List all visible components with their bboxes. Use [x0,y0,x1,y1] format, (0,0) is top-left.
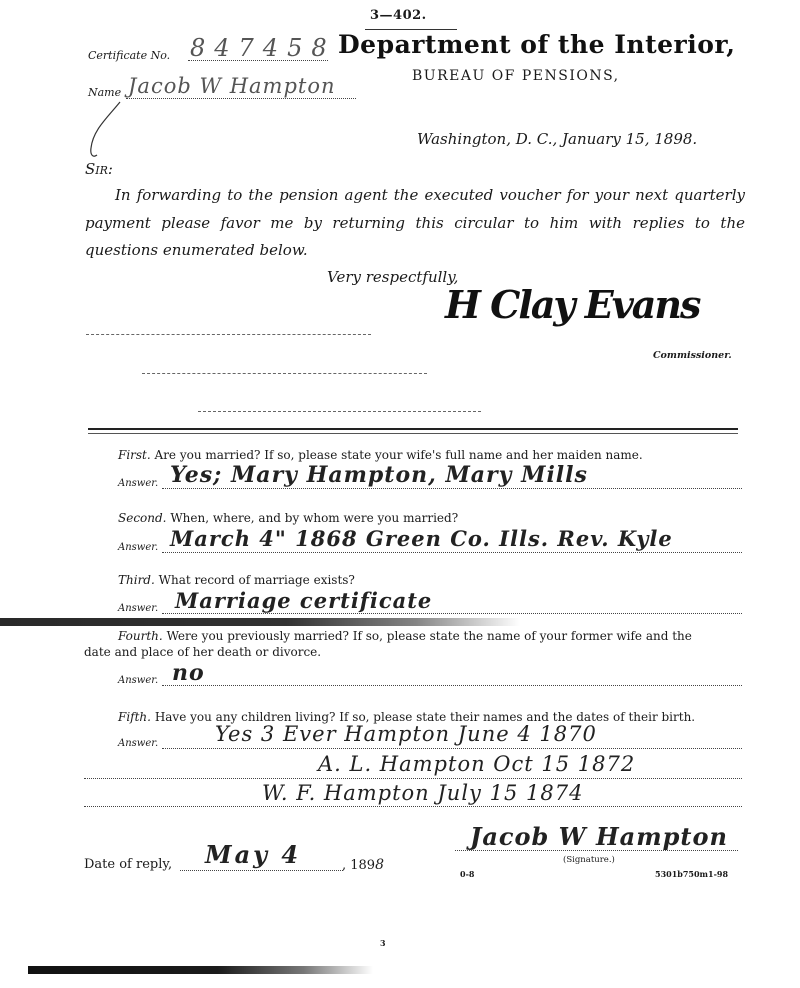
question-fourth-continued: date and place of her death or divorce. [84,645,321,659]
applicant-signature[interactable]: Jacob W Hampton [470,822,728,851]
bureau-title: BUREAU OF PENSIONS, [412,68,620,84]
certificate-label: Certificate No. [88,49,170,62]
question-third: Third. What record of marriage exists? [118,573,355,587]
question-first: First. Are you married? If so, please st… [118,448,643,462]
certificate-number[interactable]: 847458 [190,34,336,62]
letter-closing: Very respectfully, [327,268,458,286]
question-ordinal: Third. [118,573,155,587]
footer-code-left: 0-8 [460,869,474,879]
question-ordinal: Fifth. [118,710,151,724]
footer-code-right: 5301b750m1-98 [655,869,728,879]
address-line-1[interactable] [86,334,371,335]
name-value[interactable]: Jacob W Hampton [128,74,336,98]
scan-artifact [0,618,520,626]
answer-line [84,806,742,807]
date-of-reply-year: , 1898 [342,857,385,873]
question-ordinal: Second. [118,511,167,525]
name-field-line [126,98,356,99]
answer-line [162,552,742,553]
answer-third[interactable]: Marriage certificate [175,588,432,613]
answer-label: Answer. [118,675,158,686]
answer-fifth-line-3[interactable]: W. F. Hampton July 15 1874 [262,781,583,805]
answer-label: Answer. [118,478,158,489]
year-prefix: , 189 [342,858,375,873]
address-line-3[interactable] [198,411,481,412]
form-number: 3—402. [370,8,427,23]
page-marker: 3 [380,938,386,948]
answer-label: Answer. [118,603,158,614]
date-of-reply-line [180,870,343,871]
answer-fifth-line-1[interactable]: Yes 3 Ever Hampton June 4 1870 [215,722,597,746]
answer-fifth-line-2[interactable]: A. L. Hampton Oct 15 1872 [318,752,635,776]
answer-line [162,488,742,489]
letter-body-text: In forwarding to the pension agent the e… [85,186,745,259]
signature-label: (Signature.) [563,855,615,865]
year-suffix[interactable]: 8 [375,857,385,873]
answer-line [162,685,742,686]
question-text: Were you previously married? If so, plea… [167,629,692,643]
question-ordinal: Fourth. [118,629,163,643]
salutation: Sir: [85,160,113,178]
department-title: Department of the Interior, [338,30,735,59]
date-of-reply-label: Date of reply, [84,857,172,872]
answer-first[interactable]: Yes; Mary Hampton, Mary Mills [170,462,588,488]
question-text: Are you married? If so, please state you… [155,448,643,462]
commissioner-signature: H Clay Evans [445,282,699,327]
letter-body: In forwarding to the pension agent the e… [85,182,745,265]
answer-second[interactable]: March 4" 1868 Green Co. Ills. Rev. Kyle [170,526,673,551]
name-label: Name [88,86,121,99]
question-ordinal: First. [118,448,151,462]
commissioner-title: Commissioner. [653,350,732,361]
scan-artifact-bottom [28,966,373,974]
question-second: Second. When, where, and by whom were yo… [118,511,458,525]
question-fourth: Fourth. Were you previously married? If … [118,629,692,643]
answer-line [84,778,742,779]
answer-label: Answer. [118,738,158,749]
section-divider [88,428,738,434]
address-line-2[interactable] [142,373,427,374]
dateline: Washington, D. C., January 15, 1898. [417,130,697,148]
date-of-reply-value[interactable]: May 4 [205,840,301,869]
question-text: What record of marriage exists? [159,573,355,587]
answer-line [162,748,742,749]
answer-line [162,613,742,614]
answer-fourth[interactable]: no [172,660,205,686]
answer-label: Answer. [118,542,158,553]
question-text: When, where, and by whom were you marrie… [170,511,458,525]
name-flourish [85,100,125,160]
